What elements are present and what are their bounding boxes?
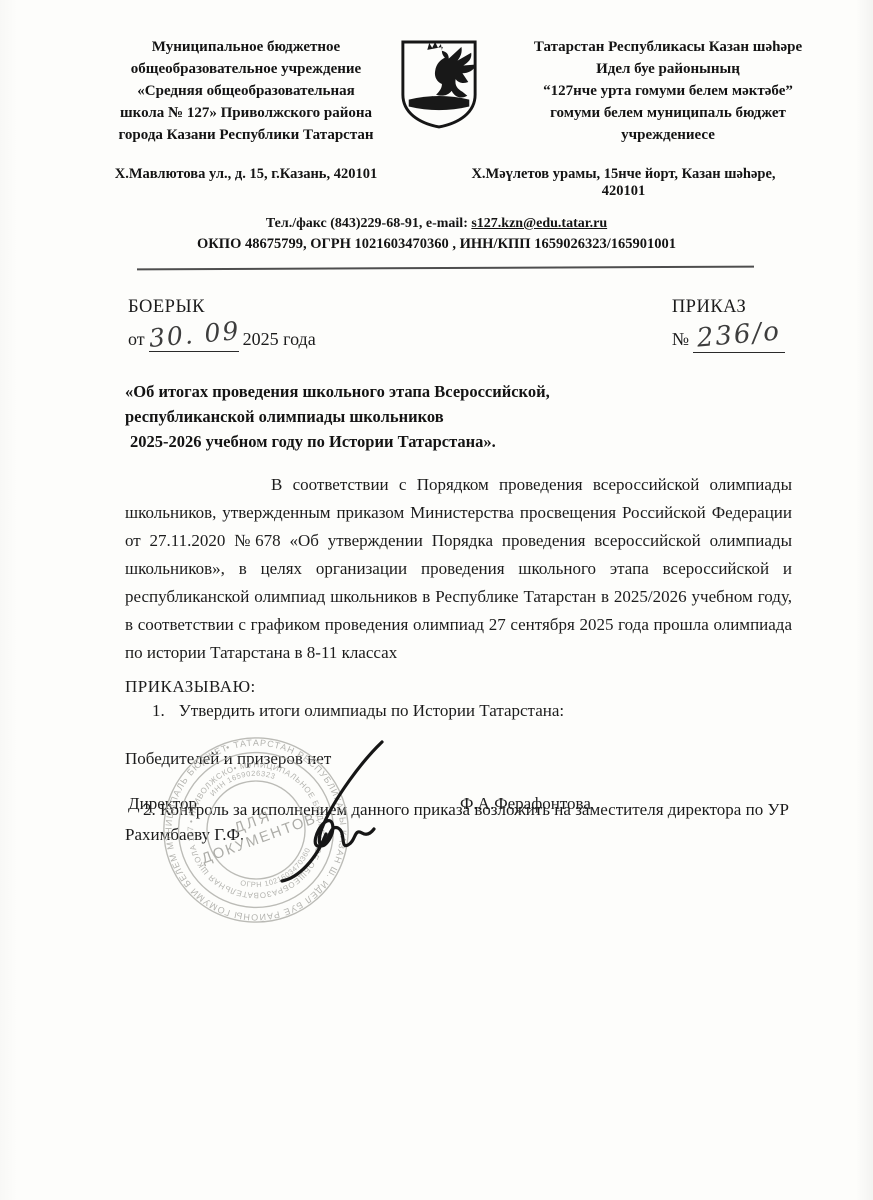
date-blank-line: 30. 09 [149, 322, 239, 352]
order-date-line: от30. 092025 года [128, 322, 316, 352]
signer-name: Ф.А.Ферафонтова [460, 794, 591, 814]
letterhead-line: «Средняя общеобразовательная [96, 80, 396, 102]
phone-fax-label: Тел./факс (843)229-68-91, e-mail: [266, 216, 472, 231]
subject-line: 2025-2026 учебном году по Истории Татарс… [125, 429, 873, 454]
letterhead-line: гомуми белем муниципаль бюджет [482, 102, 854, 124]
item-1-text: Утвердить итоги олимпиады по Истории Тат… [179, 701, 564, 720]
letterhead-tatar-block: Татарстан Республикасы Казан шәһәре Идел… [482, 36, 854, 146]
letterhead-line: города Казани Республики Татарстан [96, 124, 396, 146]
address-row: Х.Мавлютова ул., д. 15, г.Казань, 420101… [0, 166, 873, 200]
registration-numbers: ОКПО 48675799, ОГРН 1021603470360 , ИНН/… [0, 236, 873, 253]
number-blank-line: 236/о [693, 322, 785, 353]
date-suffix: 2025 года [243, 329, 316, 349]
address-tatar: Х.Мәүлетов урамы, 15нче йорт, Казан шәһә… [451, 166, 796, 200]
order-title-tatar: БОЕРЫК [128, 297, 316, 318]
resolution-item-1: 1.Утвердить итоги олимпиады по Истории Т… [152, 701, 873, 721]
letterhead-line: Муниципальное бюджетное [96, 36, 396, 58]
order-right-column: ПРИКАЗ №236/о [672, 297, 785, 353]
handwritten-date: 30. 09 [147, 316, 241, 353]
letterhead-line: учреждениесе [482, 124, 854, 146]
subject-line: «Об итогах проведения школьного этапа Вс… [125, 379, 873, 404]
order-body-paragraph: В соответствии с Порядком проведения все… [125, 471, 792, 667]
letterhead-line: общеобразовательное учреждение [96, 58, 396, 80]
order-number-line: №236/о [672, 322, 785, 353]
signature-zone: Директор • ТАТАРСТАН РЕСПУБЛИКАСЫ КАЗАН … [0, 728, 873, 988]
order-header: БОЕРЫК от30. 092025 года ПРИКАЗ №236/о [0, 269, 873, 353]
date-prefix: от [128, 329, 145, 349]
handwritten-signature [262, 736, 412, 886]
email-link[interactable]: s127.kzn@edu.tatar.ru [471, 216, 607, 231]
order-left-column: БОЕРЫК от30. 092025 года [128, 297, 316, 353]
handwritten-number: 236/о [696, 316, 782, 353]
contact-line: Тел./факс (843)229-68-91, e-mail: s127.k… [0, 216, 873, 232]
address-russian: Х.Мавлютова ул., д. 15, г.Казань, 420101 [96, 166, 396, 200]
kazan-coat-of-arms-icon [396, 36, 482, 146]
letterhead-line: школа № 127» Приволжского района [96, 102, 396, 124]
letterhead-line: Татарстан Республикасы Казан шәһәре [482, 36, 854, 58]
order-title-russian: ПРИКАЗ [672, 297, 785, 318]
letterhead: Муниципальное бюджетное общеобразователь… [0, 0, 873, 146]
letterhead-line: “127нче урта гомуми белем мәктәбе” [482, 80, 854, 102]
item-1-number: 1. [152, 701, 165, 720]
order-subject: «Об итогах проведения школьного этапа Вс… [125, 379, 873, 454]
resolution-heading: ПРИКАЗЫВАЮ: [125, 677, 873, 697]
scanned-order-document: Муниципальное бюджетное общеобразователь… [0, 0, 873, 1200]
letterhead-russian-block: Муниципальное бюджетное общеобразователь… [96, 36, 396, 146]
number-prefix: № [672, 329, 689, 349]
letterhead-line: Идел буе районының [482, 58, 854, 80]
subject-line: республиканской олимпиады школьников [125, 404, 873, 429]
